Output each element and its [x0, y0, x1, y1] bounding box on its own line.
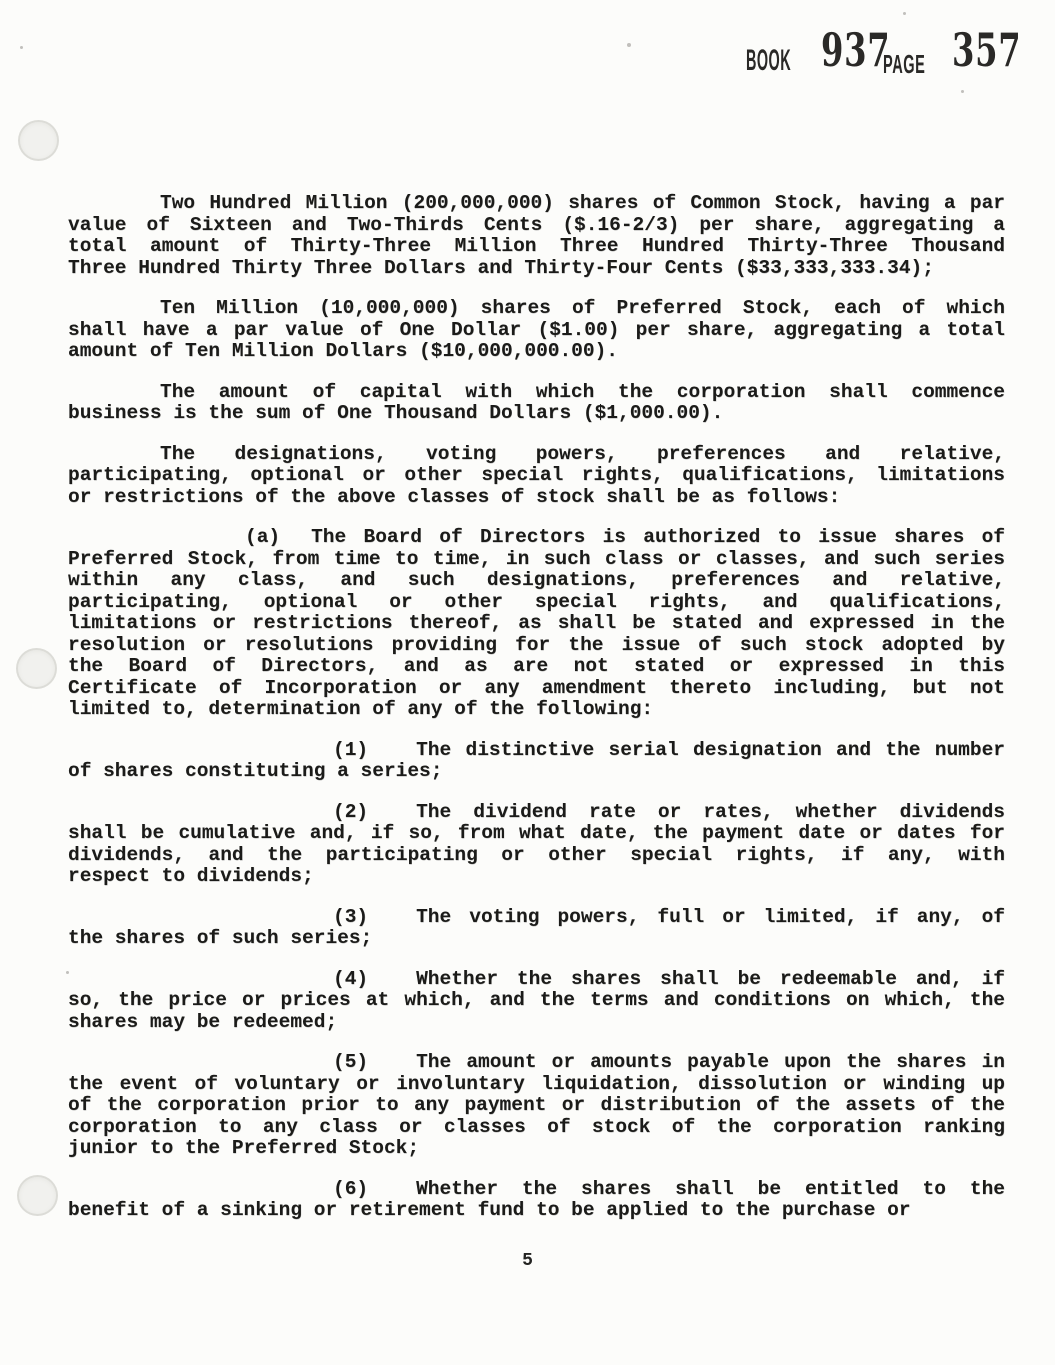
- line-text: business is the sum of One Thousand Doll…: [68, 402, 723, 424]
- paragraph: Two Hundred Million (200,000,000) shares…: [68, 193, 1005, 279]
- line-text: Three Hundred Thirty Three Dollars and T…: [68, 257, 934, 279]
- text-line: corporation to any class or classes of s…: [68, 1117, 1005, 1139]
- line-text: The distinctive serial designation and t…: [416, 739, 1005, 761]
- stamp-page-number: 357: [952, 27, 1021, 73]
- page-label: PAGE: [883, 49, 925, 80]
- text-line: (1)The distinctive serial designation an…: [68, 740, 1005, 762]
- text-line: (5)The amount or amounts payable upon th…: [68, 1052, 1005, 1074]
- line-text: dividends, and the participating or othe…: [68, 844, 1005, 866]
- line-text: The dividend rate or rates, whether divi…: [416, 801, 1005, 823]
- text-line: The amount of capital with which the cor…: [68, 382, 1005, 404]
- text-line: Certificate of Incorporation or any amen…: [68, 678, 1005, 700]
- line-text: The voting powers, full or limited, if a…: [416, 906, 1005, 928]
- line-text: the event of voluntary or involuntary li…: [68, 1073, 1005, 1095]
- text-line: (a)The Board of Directors is authorized …: [68, 527, 1005, 549]
- text-line: The designations, voting powers, prefere…: [68, 444, 1005, 466]
- book-page-stamp: BOOK 937 PAGE 357: [746, 33, 1031, 85]
- scan-speck: [627, 43, 631, 47]
- text-line: shall have a par value of One Dollar ($1…: [68, 320, 1005, 342]
- line-text: of shares constituting a series;: [68, 760, 442, 782]
- paragraph-label: (5): [333, 1051, 368, 1073]
- text-line: total amount of Thirty-Three Million Thr…: [68, 236, 1005, 258]
- text-line: (6)Whether the shares shall be entitled …: [68, 1179, 1005, 1201]
- page-number: 5: [0, 1251, 1055, 1271]
- line-text: the shares of such series;: [68, 927, 372, 949]
- punch-hole: [18, 650, 55, 687]
- line-text: Whether the shares shall be redeemable a…: [416, 968, 1005, 990]
- line-text: Two Hundred Million (200,000,000) shares…: [160, 192, 1005, 214]
- text-line: limitations or restrictions thereof, as …: [68, 613, 1005, 635]
- line-text: The Board of Directors is authorized to …: [311, 526, 1005, 548]
- scan-speck: [961, 90, 964, 93]
- text-line: (3)The voting powers, full or limited, i…: [68, 907, 1005, 929]
- text-line: so, the price or prices at which, and th…: [68, 990, 1005, 1012]
- line-text: The designations, voting powers, prefere…: [160, 443, 1005, 465]
- text-line: benefit of a sinking or retirement fund …: [68, 1200, 1005, 1222]
- text-line: resolution or resolutions providing for …: [68, 635, 1005, 657]
- line-text: so, the price or prices at which, and th…: [68, 989, 1005, 1011]
- text-line: shall be cumulative and, if so, from wha…: [68, 823, 1005, 845]
- line-text: corporation to any class or classes of s…: [68, 1116, 1005, 1138]
- paragraph-label: (2): [333, 801, 368, 823]
- paragraph-label: (6): [333, 1178, 368, 1200]
- paragraph: (4)Whether the shares shall be redeemabl…: [68, 969, 1005, 1034]
- paragraph-label: (a): [245, 526, 280, 548]
- line-text: participating, optional or other special…: [68, 591, 1005, 613]
- line-text: The amount of capital with which the cor…: [160, 381, 1005, 403]
- paragraph: (a)The Board of Directors is authorized …: [68, 527, 1005, 721]
- text-line: the Board of Directors, and as are not s…: [68, 656, 1005, 678]
- line-text: Preferred Stock, from time to time, in s…: [68, 548, 1005, 570]
- line-text: shares may be redeemed;: [68, 1011, 337, 1033]
- document-page: BOOK 937 PAGE 357 Two Hundred Million (2…: [0, 0, 1055, 1365]
- line-text: respect to dividends;: [68, 865, 314, 887]
- line-text: Ten Million (10,000,000) shares of Prefe…: [160, 297, 1005, 319]
- book-label: BOOK: [746, 44, 791, 78]
- paragraph-label: (1): [333, 739, 368, 761]
- line-text: the Board of Directors, and as are not s…: [68, 655, 1005, 677]
- text-line: limited to, determination of any of the …: [68, 699, 1005, 721]
- text-line: amount of Ten Million Dollars ($10,000,0…: [68, 341, 1005, 363]
- paragraph-label: (4): [333, 968, 368, 990]
- line-text: amount of Ten Million Dollars ($10,000,0…: [68, 340, 618, 362]
- line-text: resolution or resolutions providing for …: [68, 634, 1005, 656]
- line-text: or restrictions of the above classes of …: [68, 486, 840, 508]
- line-text: limitations or restrictions thereof, as …: [68, 612, 1005, 634]
- text-line: Three Hundred Thirty Three Dollars and T…: [68, 258, 1005, 280]
- paragraph: (3)The voting powers, full or limited, i…: [68, 907, 1005, 950]
- line-text: The amount or amounts payable upon the s…: [416, 1051, 1005, 1073]
- line-text: Whether the shares shall be entitled to …: [416, 1178, 1005, 1200]
- text-line: (2)The dividend rate or rates, whether d…: [68, 802, 1005, 824]
- line-text: shall have a par value of One Dollar ($1…: [68, 319, 1005, 341]
- punch-hole: [19, 1177, 56, 1214]
- paragraph: (6)Whether the shares shall be entitled …: [68, 1179, 1005, 1222]
- document-body: Two Hundred Million (200,000,000) shares…: [68, 193, 1005, 1241]
- paragraph: (1)The distinctive serial designation an…: [68, 740, 1005, 783]
- text-line: participating, optional or other special…: [68, 465, 1005, 487]
- text-line: business is the sum of One Thousand Doll…: [68, 403, 1005, 425]
- text-line: the event of voluntary or involuntary li…: [68, 1074, 1005, 1096]
- paragraph-label: (3): [333, 906, 368, 928]
- scan-speck: [20, 46, 23, 49]
- text-line: of the corporation prior to any payment …: [68, 1095, 1005, 1117]
- line-text: of the corporation prior to any payment …: [68, 1094, 1005, 1116]
- text-line: shares may be redeemed;: [68, 1012, 1005, 1034]
- scanned-document: { "stamp": { "book_label": "BOOK", "book…: [0, 0, 1055, 1365]
- text-line: dividends, and the participating or othe…: [68, 845, 1005, 867]
- text-line: or restrictions of the above classes of …: [68, 487, 1005, 509]
- text-line: Two Hundred Million (200,000,000) shares…: [68, 193, 1005, 215]
- line-text: participating, optional or other special…: [68, 464, 1005, 486]
- text-line: Ten Million (10,000,000) shares of Prefe…: [68, 298, 1005, 320]
- paragraph: The amount of capital with which the cor…: [68, 382, 1005, 425]
- line-text: within any class, and such designations,…: [68, 569, 1005, 591]
- text-line: value of Sixteen and Two-Thirds Cents ($…: [68, 215, 1005, 237]
- text-line: junior to the Preferred Stock;: [68, 1138, 1005, 1160]
- scan-speck: [903, 12, 906, 15]
- punch-hole: [20, 122, 57, 159]
- text-line: respect to dividends;: [68, 866, 1005, 888]
- paragraph: The designations, voting powers, prefere…: [68, 444, 1005, 509]
- line-text: Certificate of Incorporation or any amen…: [68, 677, 1005, 699]
- text-line: participating, optional or other special…: [68, 592, 1005, 614]
- text-line: within any class, and such designations,…: [68, 570, 1005, 592]
- line-text: shall be cumulative and, if so, from wha…: [68, 822, 1005, 844]
- text-line: of shares constituting a series;: [68, 761, 1005, 783]
- line-text: limited to, determination of any of the …: [68, 698, 653, 720]
- line-text: benefit of a sinking or retirement fund …: [68, 1199, 911, 1221]
- book-number: 937: [821, 27, 890, 73]
- text-line: Preferred Stock, from time to time, in s…: [68, 549, 1005, 571]
- line-text: value of Sixteen and Two-Thirds Cents ($…: [68, 214, 1005, 236]
- text-line: (4)Whether the shares shall be redeemabl…: [68, 969, 1005, 991]
- line-text: total amount of Thirty-Three Million Thr…: [68, 235, 1005, 257]
- line-text: junior to the Preferred Stock;: [68, 1137, 419, 1159]
- paragraph: (2)The dividend rate or rates, whether d…: [68, 802, 1005, 888]
- paragraph: (5)The amount or amounts payable upon th…: [68, 1052, 1005, 1160]
- paragraph: Ten Million (10,000,000) shares of Prefe…: [68, 298, 1005, 363]
- text-line: the shares of such series;: [68, 928, 1005, 950]
